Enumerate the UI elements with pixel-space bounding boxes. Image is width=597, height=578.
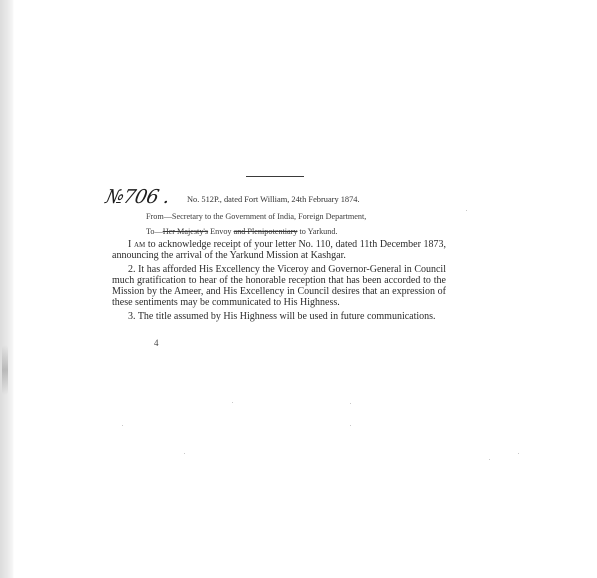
paragraph-1: I am to acknowledge receipt of your lett… xyxy=(112,239,446,261)
page-catchword: 4 xyxy=(154,338,159,348)
recipient-middle: Envoy xyxy=(208,227,233,236)
paragraph-3-text: The title assumed by His Highness will b… xyxy=(136,311,436,322)
binding-smudge xyxy=(2,345,8,395)
section-divider-rule xyxy=(246,176,304,177)
struck-text-plenipotentiary: and Plenipotentiary xyxy=(234,227,298,236)
paragraph-2: 2. It has afforded His Excellency the Vi… xyxy=(112,264,446,308)
recipient-line: To—Her Majesty's Envoy and Plenipotentia… xyxy=(146,226,338,237)
paragraph-2-text: It has afforded His Excellency the Vicer… xyxy=(112,264,446,308)
paper-speck xyxy=(350,403,351,404)
paper-speck xyxy=(489,459,490,460)
paper-speck xyxy=(518,453,519,454)
document-page: №706 . No. 512P., dated Fort William, 24… xyxy=(0,0,597,578)
paragraph-3-number: 3. xyxy=(128,311,136,322)
paragraph-3: 3. The title assumed by His Highness wil… xyxy=(112,311,446,322)
struck-text-her-majesty: Her Majesty's xyxy=(163,227,208,236)
sender-line: From—Secretary to the Government of Indi… xyxy=(146,211,366,222)
paragraph-1-lead: I am xyxy=(128,239,145,250)
paper-speck xyxy=(232,402,233,403)
page-binding-edge xyxy=(0,0,14,578)
recipient-prefix: To— xyxy=(146,227,163,236)
paper-speck xyxy=(350,425,351,426)
paper-speck xyxy=(184,453,185,454)
paper-speck xyxy=(122,425,123,426)
paragraph-1-text: to acknowledge receipt of your letter No… xyxy=(112,239,446,261)
paper-speck xyxy=(466,210,467,211)
letter-header: No. 512P., dated Fort William, 24th Febr… xyxy=(187,194,360,205)
handwritten-document-number: №706 . xyxy=(104,186,172,208)
paragraph-2-number: 2. xyxy=(128,264,136,275)
recipient-suffix: to Yarkund. xyxy=(297,227,337,236)
